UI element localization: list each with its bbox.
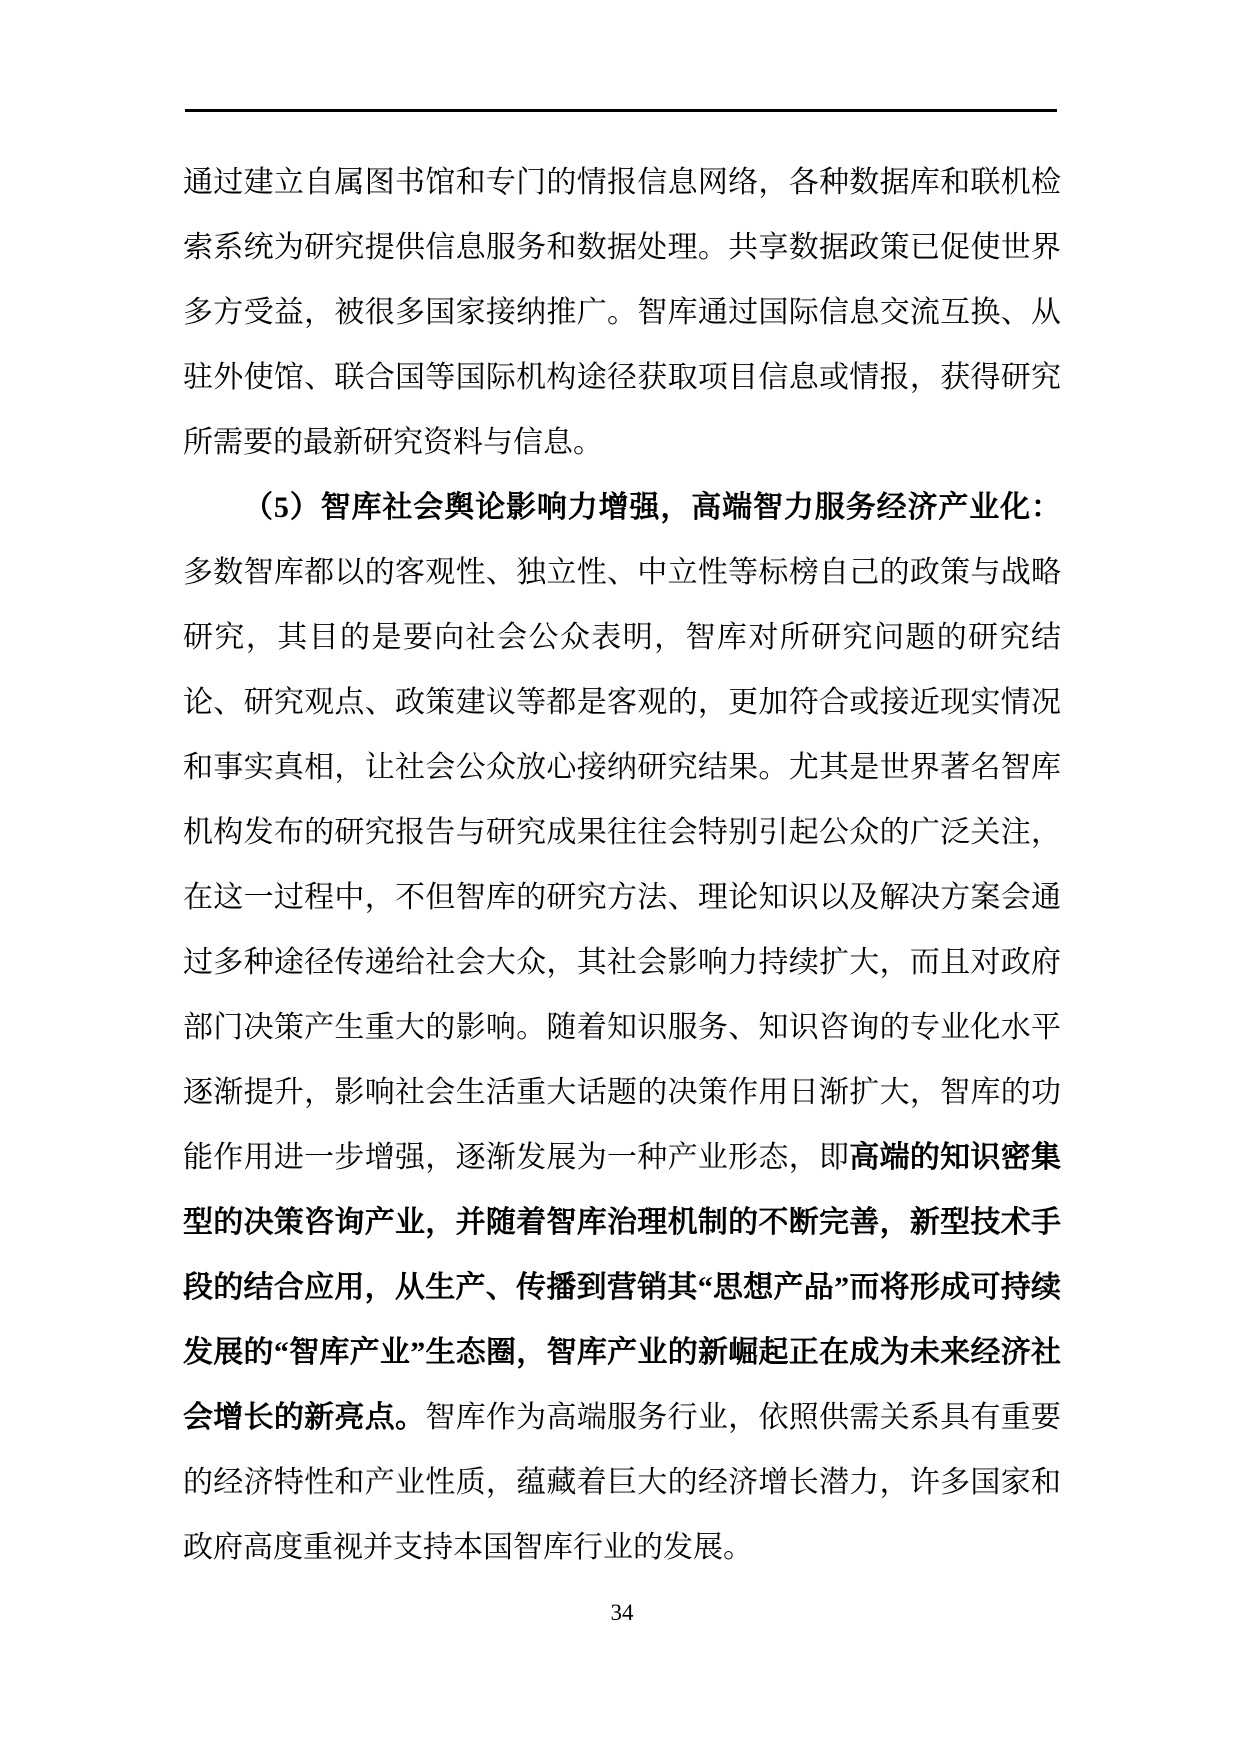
document-page: 通过建立自属图书馆和专门的情报信息网络，各种数据库和联机检索系统为研究提供信息服…: [0, 0, 1240, 1753]
text-segment: 多数智库都以的客观性、独立性、中立性等标榜自己的政策与战略研究，其目的是要向社会…: [183, 556, 1061, 1174]
bold-text-segment: 高端的知识密集型的决策咨询产业，并随着智库治理机制的不断完善，新型技术手段的结合…: [183, 1141, 1061, 1434]
paragraph-continuation: 通过建立自属图书馆和专门的情报信息网络，各种数据库和联机检索系统为研究提供信息服…: [183, 150, 1061, 475]
page-footer: 34: [183, 1597, 1061, 1629]
paragraph-item-5: （5）智库社会舆论影响力增强，高端智力服务经济产业化：多数智库都以的客观性、独立…: [183, 475, 1061, 1580]
page-number: 34: [611, 1600, 634, 1625]
page-body: 通过建立自属图书馆和专门的情报信息网络，各种数据库和联机检索系统为研究提供信息服…: [183, 150, 1061, 1580]
bold-text-segment: （5）智库社会舆论影响力增强，高端智力服务经济产业化：: [243, 491, 1061, 524]
header-rule: [185, 109, 1057, 112]
